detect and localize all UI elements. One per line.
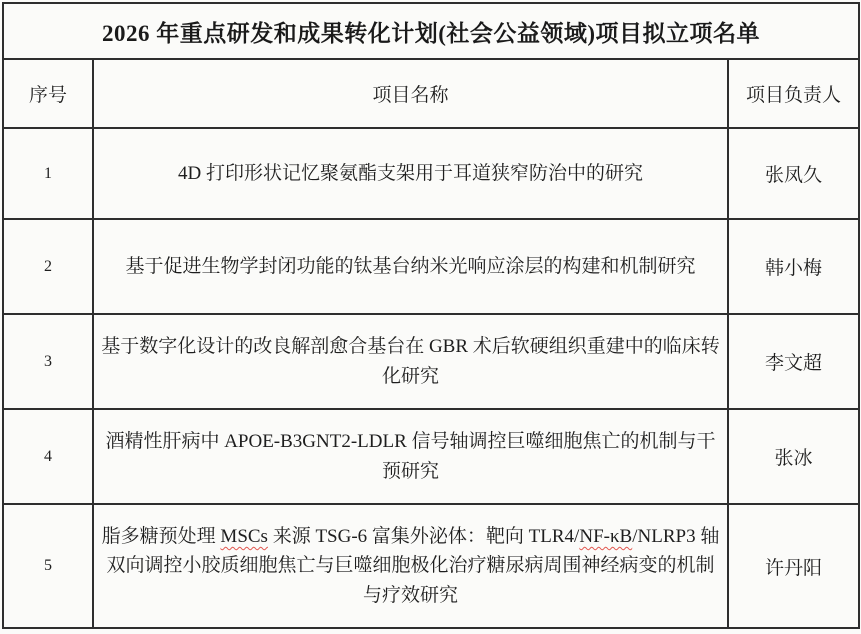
table-row: 3 基于数字化设计的改良解剖愈合基台在 GBR 术后软硬组织重建中的临床转化研究…: [3, 314, 859, 409]
table-header-row: 序号 项目名称 项目负责人: [3, 59, 859, 128]
row-number: 1: [3, 128, 93, 219]
project-title: 酒精性肝病中 APOE-B3GNT2-LDLR 信号轴调控巨噬细胞焦亡的机制与干…: [93, 409, 728, 504]
row-number: 4: [3, 409, 93, 504]
project-title-segment: 脂多糖预处理: [102, 526, 221, 547]
project-title-segment-spellcheck: MSCs: [220, 526, 268, 547]
column-header-no: 序号: [3, 59, 93, 128]
project-leader: 张冰: [728, 409, 859, 504]
column-header-project-name: 项目名称: [93, 59, 728, 128]
project-title: 4D 打印形状记忆聚氨酯支架用于耳道狭窄防治中的研究: [93, 128, 728, 219]
table-row: 1 4D 打印形状记忆聚氨酯支架用于耳道狭窄防治中的研究 张凤久: [3, 128, 859, 219]
project-title-segment-spellcheck: NF-κB: [579, 526, 632, 547]
table-row: 4 酒精性肝病中 APOE-B3GNT2-LDLR 信号轴调控巨噬细胞焦亡的机制…: [3, 409, 859, 504]
project-title: 脂多糖预处理 MSCs 来源 TSG-6 富集外泌体：靶向 TLR4/NF-κB…: [93, 504, 728, 628]
table-row: 2 基于促进生物学封闭功能的钛基台纳米光响应涂层的构建和机制研究 韩小梅: [3, 219, 859, 314]
project-leader: 李文超: [728, 314, 859, 409]
row-number: 5: [3, 504, 93, 628]
project-leader: 韩小梅: [728, 219, 859, 314]
project-title: 基于促进生物学封闭功能的钛基台纳米光响应涂层的构建和机制研究: [93, 219, 728, 314]
table-row: 5 脂多糖预处理 MSCs 来源 TSG-6 富集外泌体：靶向 TLR4/NF-…: [3, 504, 859, 628]
project-list-table: 2026 年重点研发和成果转化计划(社会公益领域)项目拟立项名单 序号 项目名称…: [2, 2, 860, 629]
project-title-segment: 来源 TSG-6 富集外泌体：靶向 TLR4/: [268, 526, 579, 547]
project-title: 基于数字化设计的改良解剖愈合基台在 GBR 术后软硬组织重建中的临床转化研究: [93, 314, 728, 409]
row-number: 2: [3, 219, 93, 314]
document-title: 2026 年重点研发和成果转化计划(社会公益领域)项目拟立项名单: [3, 3, 859, 59]
column-header-project-leader: 项目负责人: [728, 59, 859, 128]
project-leader: 许丹阳: [728, 504, 859, 628]
project-leader: 张凤久: [728, 128, 859, 219]
document-title-row: 2026 年重点研发和成果转化计划(社会公益领域)项目拟立项名单: [3, 3, 859, 59]
scanned-document-page: 2026 年重点研发和成果转化计划(社会公益领域)项目拟立项名单 序号 项目名称…: [0, 0, 861, 634]
row-number: 3: [3, 314, 93, 409]
